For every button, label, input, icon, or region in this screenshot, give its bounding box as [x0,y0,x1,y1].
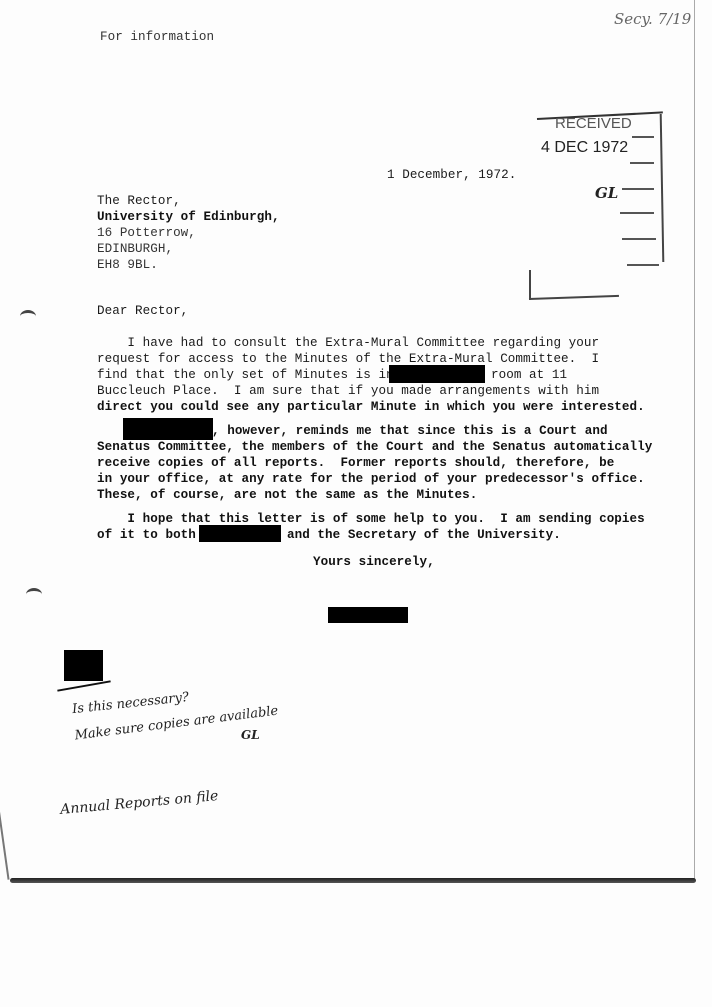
stamp-border [529,270,531,300]
paragraph-line: find that the only set of Minutes is in [97,367,394,383]
letter-page: For information Secy. 7/19 RECEIVED 4 DE… [0,0,712,1007]
paragraph-line: room at 11 [491,367,567,383]
redaction-box [199,525,281,542]
page-right-edge [694,0,695,880]
paragraph-line: , however, reminds me that since this is… [212,423,608,439]
page-left-edge [0,800,10,879]
page-bottom-edge [10,878,696,883]
initials-redaction [64,650,103,681]
paragraph-line: Senatus Committee, the members of the Co… [97,439,652,455]
stamp-label: RECEIVED [555,115,632,132]
top-right-annotation: Secy. 7/19 [614,10,691,28]
salutation: Dear Rector, [97,303,188,319]
redaction-box [123,418,213,440]
handwritten-initials: GL [241,728,260,742]
letter-date: 1 December, 1972. [387,167,516,183]
paragraph-line: of it to both [97,527,196,543]
punch-mark [26,588,42,601]
paragraph-line: direct you could see any particular Minu… [97,399,645,415]
stamp-border [529,295,619,300]
address-line: EDINBURGH, [97,241,173,257]
paragraph-line: Buccleuch Place. I am sure that if you m… [97,383,599,399]
redaction-box [389,365,485,383]
header-note: For information [100,29,214,45]
address-line: The Rector, [97,193,181,209]
paragraph-line: I have had to consult the Extra-Mural Co… [97,335,599,351]
paragraph-line: I hope that this letter is of some help … [97,511,645,527]
address-line: 16 Potterrow, [97,225,196,241]
underline-stroke [57,680,111,691]
handwritten-note: Annual Reports on file [60,788,219,818]
paragraph-line: These, of course, are not the same as th… [97,487,477,503]
address-line: EH8 9BL. [97,257,158,273]
punch-mark [20,310,36,323]
handwritten-note: Is this necessary? [72,690,190,717]
paragraph-line: receive copies of all reports. Former re… [97,455,614,471]
paragraph-line: and the Secretary of the University. [287,527,561,543]
paragraph-line: request for access to the Minutes of the… [97,351,599,367]
received-stamp: RECEIVED 4 DEC 1972 GL [527,108,639,294]
address-line: University of Edinburgh, [97,209,280,225]
signature-redaction [328,607,408,623]
stamp-border [660,114,665,262]
stamp-date: 4 DEC 1972 [541,139,628,157]
paragraph-line: in your office, at any rate for the peri… [97,471,645,487]
stamp-initials: GL [595,184,618,202]
closing: Yours sincerely, [313,554,435,570]
